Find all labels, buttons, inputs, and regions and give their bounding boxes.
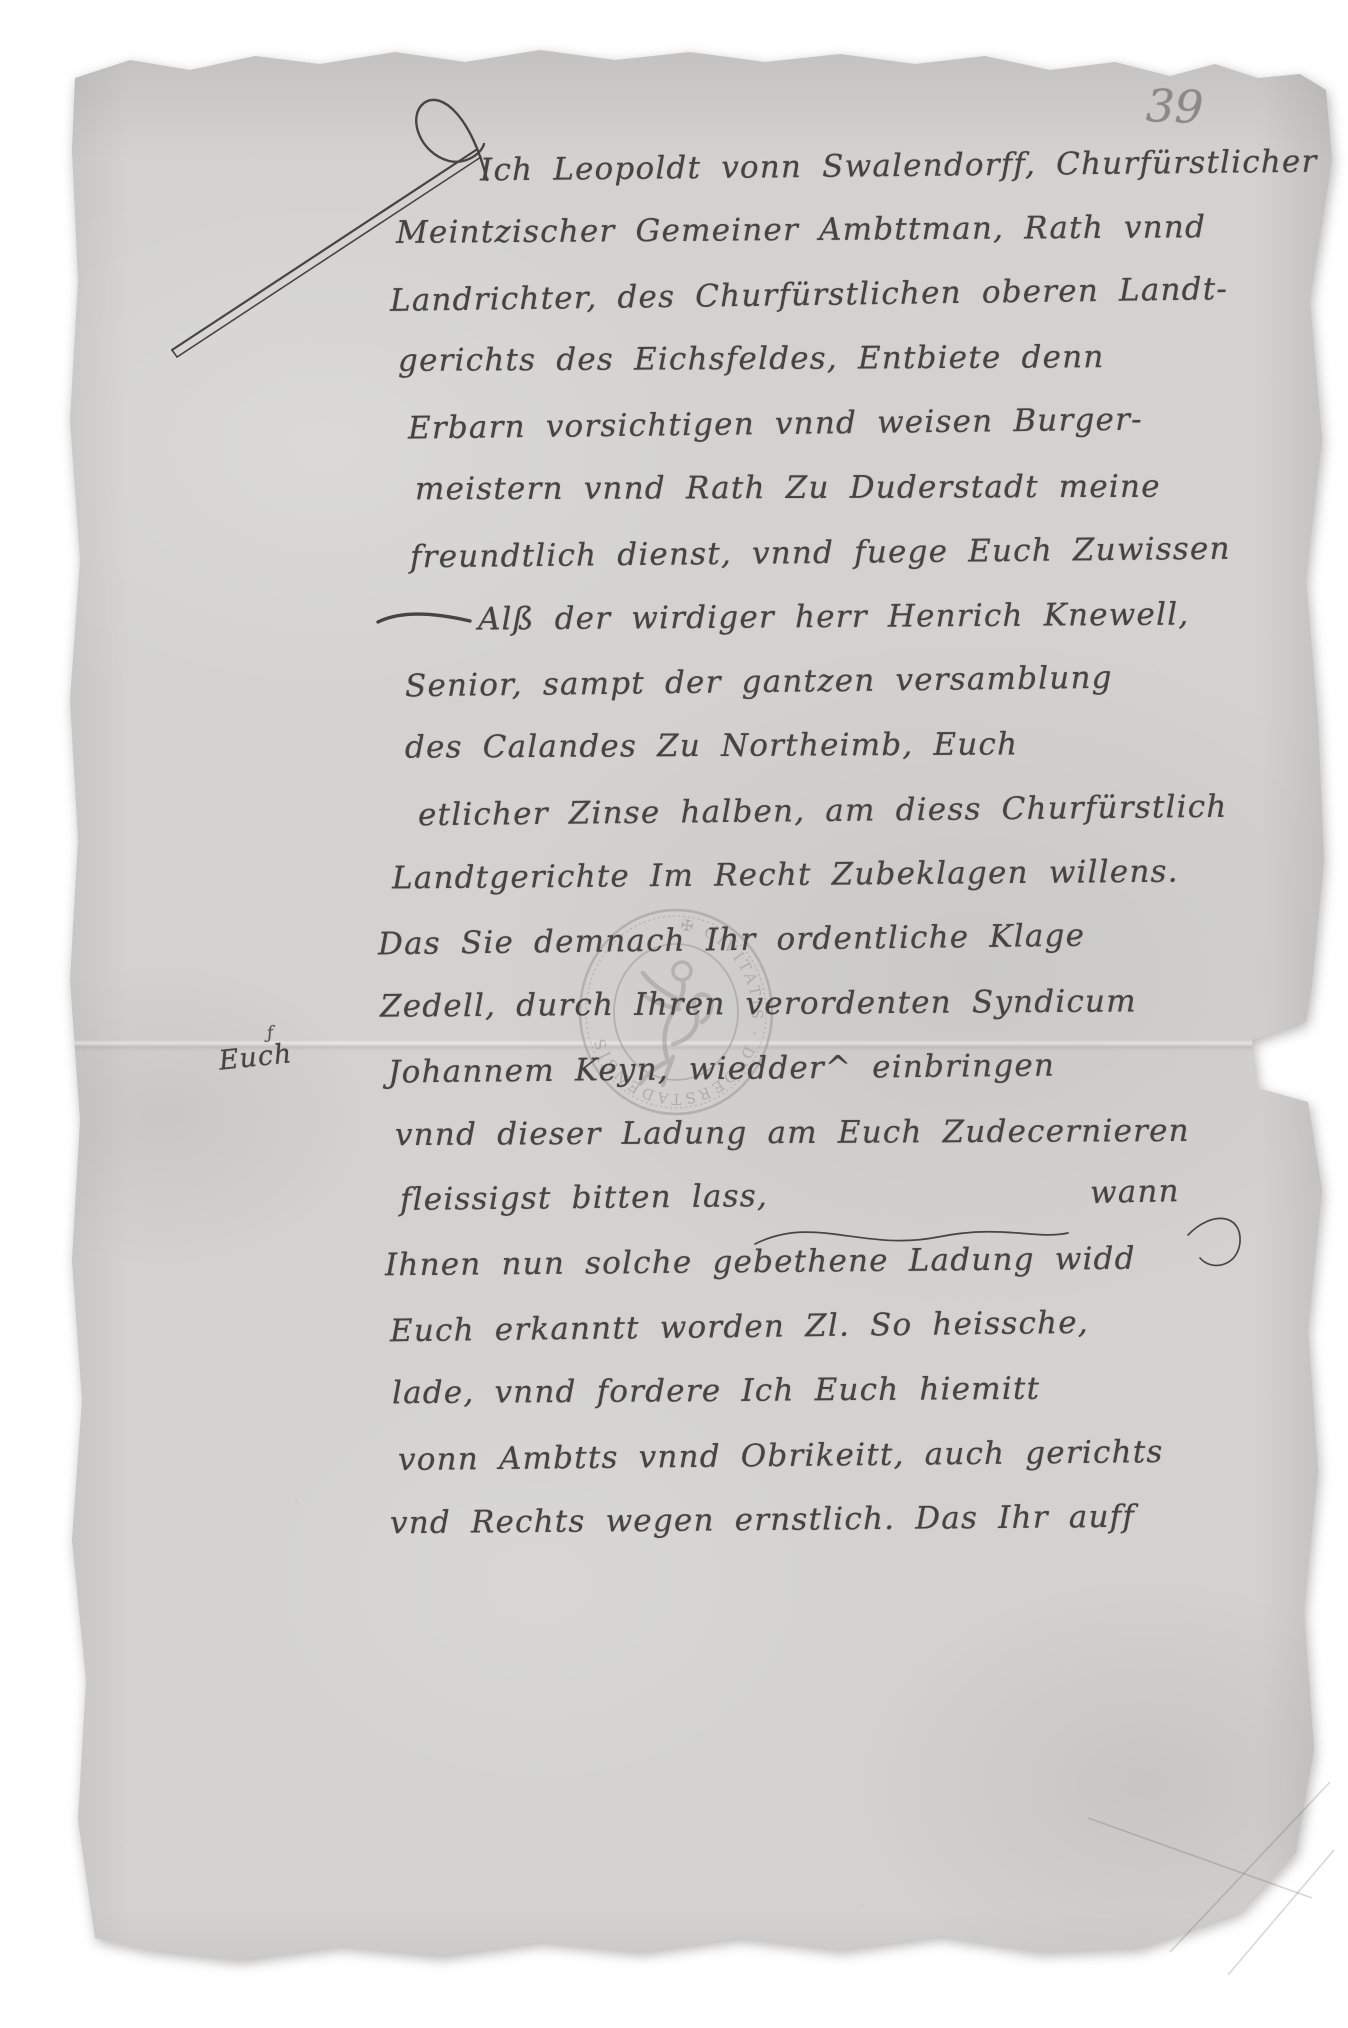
handwritten-line: fleissigst bitten lass, [400,1178,768,1218]
handwritten-line: Alß der wirdiger herr Henrich Knewell, [478,597,1190,638]
handwritten-line: Johannem Keyn, wiedder^ einbringen [388,1048,1055,1091]
handwritten-line: meistern vnnd Rath Zu Duderstadt meine [415,469,1161,508]
margin-note: ƒ Euch [216,1024,294,1076]
handwritten-line: Ihnen nun solche gebethene Ladung widd [385,1241,1136,1284]
handwritten-line: gerichts des Eichsfeldes, Entbiete denn [398,339,1105,379]
handwritten-line: vnnd dieser Ladung am Euch Zudecernieren [395,1113,1190,1153]
folio-number: 39 [1145,79,1204,134]
handwritten-line: vnd Rechts wegen ernstlich. Das Ihr auff [390,1499,1135,1542]
handwritten-line: Landtgerichte Im Recht Zubeklagen willen… [392,854,1179,897]
handwritten-line: des Calandes Zu Northeimb, Euch [405,726,1018,765]
manuscript-scan: ✠ CIVITATIS · DVDERSTADENSIS [0,0,1348,2028]
handwritten-line: Meintzischer Gemeiner Ambttman, Rath vnn… [396,209,1206,251]
handwritten-line: Zedell, durch Ihren verordenten Syndicum [380,983,1137,1024]
handwritten-line: lade, vnnd fordere Ich Euch hiemitt [392,1371,1041,1412]
handwritten-line: wann [1090,1173,1180,1211]
